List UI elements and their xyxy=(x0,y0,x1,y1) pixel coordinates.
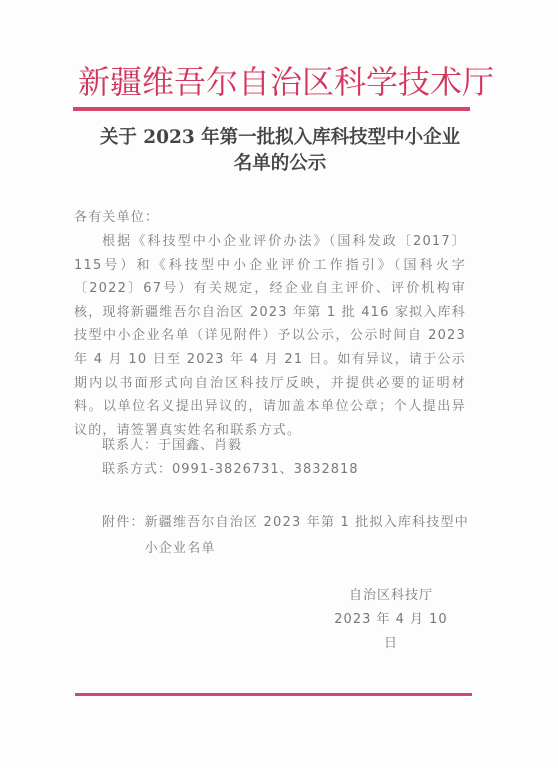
document-title-line-2: 名单的公示 xyxy=(70,151,490,177)
attachment: 附件： 新疆维吾尔自治区 2023 年第 1 批拟入库科技型中小企业名单 xyxy=(102,510,472,562)
footer-red-rule xyxy=(75,693,472,696)
greeting: 各有关单位： xyxy=(74,206,466,230)
document-title-line-1: 关于 2023 年第一批拟入库科技型中小企业 xyxy=(70,125,490,151)
document-title: 关于 2023 年第一批拟入库科技型中小企业 名单的公示 xyxy=(70,125,490,177)
signature-date: 2023 年 4 月 10 日 xyxy=(326,608,456,656)
header-red-rule xyxy=(73,107,470,111)
signature-org: 自治区科技厅 xyxy=(326,584,456,608)
attachment-label: 附件： xyxy=(102,510,145,562)
attachment-text: 新疆维吾尔自治区 2023 年第 1 批拟入库科技型中小企业名单 xyxy=(145,510,472,562)
contact-phone: 联系方式：0991-3826731、3832818 xyxy=(102,458,359,482)
agency-header-title: 新疆维吾尔自治区科学技术厅 xyxy=(78,60,470,104)
contact-person: 联系人：于国鑫、肖毅 xyxy=(102,434,242,458)
signature-block: 自治区科技厅 2023 年 4 月 10 日 xyxy=(326,584,456,656)
body-paragraph: 根据《科技型中小企业评价办法》（国科发政〔2017〕115号）和《科技型中小企业… xyxy=(74,230,466,442)
